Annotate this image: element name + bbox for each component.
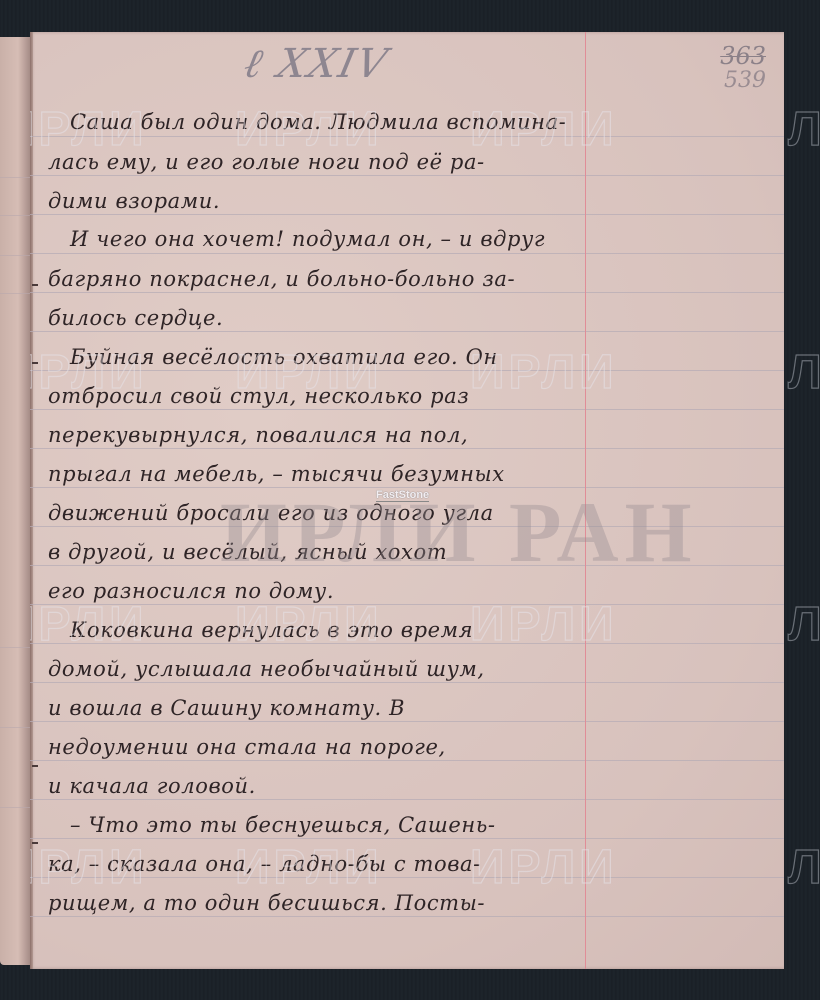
ruled-line <box>30 331 784 332</box>
text-line: ка, – сказала она, – ладно-бы с това- <box>48 852 481 876</box>
text-line: Коковкина вернулась в это время <box>70 618 473 642</box>
ruled-line <box>0 293 30 294</box>
ruled-line <box>30 526 784 527</box>
text-line: в другой, и весёлый, ясный хохот <box>48 540 447 564</box>
ruled-line <box>30 799 784 800</box>
margin-mark <box>32 765 38 767</box>
margin-mark <box>32 362 38 364</box>
text-line: отбросил свой стул, несколько раз <box>48 384 469 408</box>
watermark-fragment: Л <box>788 345 820 400</box>
text-line: Саша был один дома. Людмила вспомина- <box>70 110 566 134</box>
text-line: домой, услышала необычайный шум, <box>48 657 485 681</box>
text-line: перекувырнулся, повалился на пол, <box>48 423 468 447</box>
binding-gutter <box>30 32 33 969</box>
watermark-fragment: Л <box>788 597 820 652</box>
ruled-line <box>30 253 784 254</box>
chapter-heading: ℓ XXIV <box>240 40 393 87</box>
text-line: – Что это ты беснуешься, Сашень- <box>70 813 496 837</box>
ruled-line <box>0 255 30 256</box>
text-line: И чего она хочет! подумал он, – и вдруг <box>70 227 545 251</box>
text-line: дими взорами. <box>48 189 220 213</box>
watermark: ИРЛИ <box>470 840 618 895</box>
red-margin-line <box>585 32 586 969</box>
center-watermark: ИРЛИ РАН <box>220 482 698 582</box>
ruled-line <box>30 448 784 449</box>
text-line: багряно покраснел, и больно-больно за- <box>48 267 515 291</box>
margin-mark <box>32 284 38 286</box>
ruled-line <box>0 727 30 728</box>
ruled-line <box>30 682 784 683</box>
ruled-line <box>0 647 30 648</box>
ruled-line <box>0 215 30 216</box>
text-line: рищем, а то один бесишься. Посты- <box>48 891 485 915</box>
ruled-line <box>0 177 30 178</box>
manuscript-page: ℓ XXIV 363 539 Саша был один дома. Людми… <box>30 32 784 969</box>
ruled-line <box>30 643 784 644</box>
ruled-line <box>30 370 784 371</box>
watermark-fragment: Л <box>788 102 820 157</box>
folio-old-number: 363 <box>720 42 766 70</box>
text-line: недоумении она стала на пороге, <box>48 735 446 759</box>
text-line: и качала головой. <box>48 774 256 798</box>
text-line: и вошла в Сашину комнату. В <box>48 696 405 720</box>
ruled-line <box>30 565 784 566</box>
text-line: прыгал на мебель, – тысячи безумных <box>48 462 505 486</box>
ruled-line <box>30 760 784 761</box>
ruled-line <box>30 916 784 917</box>
text-line: лась ему, и его голые ноги под её ра- <box>48 150 485 174</box>
folio-new-number: 539 <box>720 68 766 93</box>
folio-numbers: 363 539 <box>720 42 766 93</box>
ruled-line <box>30 604 784 605</box>
ruled-line <box>30 136 784 137</box>
text-line: билось сердце. <box>48 306 223 330</box>
ruled-line <box>0 807 30 808</box>
watermark-fragment: Л <box>788 840 820 895</box>
ruled-line <box>30 838 784 839</box>
ruled-line <box>30 409 784 410</box>
ruled-line <box>30 877 784 878</box>
ruled-line <box>30 292 784 293</box>
ruled-line <box>30 175 784 176</box>
ruled-line <box>30 214 784 215</box>
facing-page-edge <box>0 37 30 965</box>
text-line: Буйная весёлость охватила его. Он <box>70 345 498 369</box>
text-line: его разносился по дому. <box>48 579 334 603</box>
ruled-line <box>30 721 784 722</box>
text-line: движений бросали его из одного угла <box>48 501 494 525</box>
margin-mark <box>32 842 38 844</box>
ruled-line <box>30 487 784 488</box>
